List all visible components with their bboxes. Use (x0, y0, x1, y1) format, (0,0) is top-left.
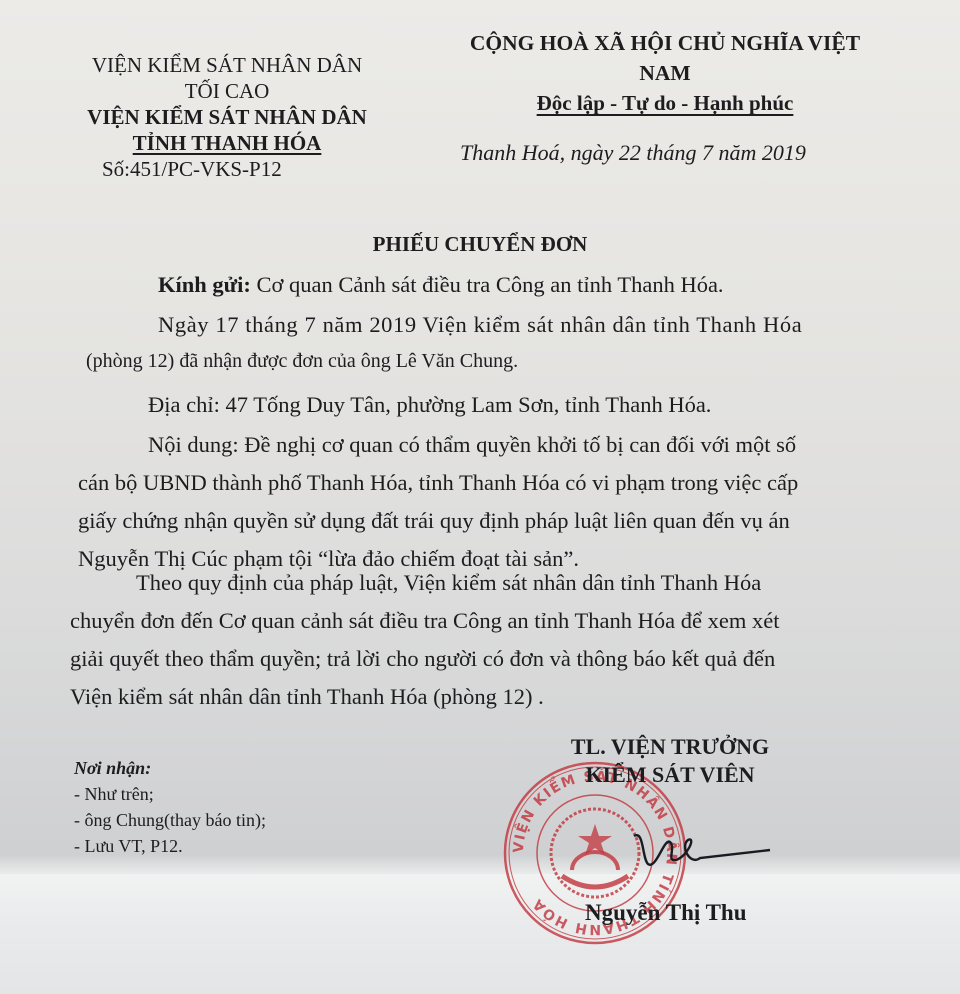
recipient-item: - Lưu VT, P12. (74, 836, 183, 857)
recipient-line: Kính gửi: Cơ quan Cảnh sát điều tra Công… (158, 272, 724, 298)
closing-line: Theo quy định của pháp luật, Viện kiểm s… (136, 570, 761, 596)
closing-line: chuyển đơn đến Cơ quan cảnh sát điều tra… (70, 608, 779, 634)
content-line: giấy chứng nhận quyền sử dụng đất trái q… (78, 508, 790, 534)
content-line: cán bộ UBND thành phố Thanh Hóa, tỉnh Th… (78, 470, 798, 496)
content-line: Nội dung: Đề nghị cơ quan có thẩm quyền … (148, 432, 796, 458)
recipients-label: Nơi nhận: (74, 758, 151, 779)
agency-line-1: VIỆN KIỂM SÁT NHÂN DÂN (72, 52, 382, 78)
recipient-item: - Như trên; (74, 784, 154, 805)
agency-line-3: VIỆN KIỂM SÁT NHÂN DÂN (72, 104, 382, 130)
signatory-role: KIỂM SÁT VIÊN (520, 762, 820, 788)
para1-line1: Ngày 17 tháng 7 năm 2019 Viện kiểm sát n… (158, 312, 802, 338)
closing-line: Viện kiểm sát nhân dân tỉnh Thanh Hóa (p… (70, 684, 544, 710)
document-title: PHIẾU CHUYỂN ĐƠN (0, 232, 960, 257)
signature-scribble-icon (630, 828, 780, 878)
signatory-title: TL. VIỆN TRƯỞNG (520, 734, 820, 760)
document-date: Thanh Hoá, ngày 22 tháng 7 năm 2019 (460, 140, 806, 166)
document-number: Số:451/PC-VKS-P12 (72, 156, 382, 182)
agency-line-2: TỐI CAO (72, 78, 382, 104)
closing-line: giải quyết theo thẩm quyền; trả lời cho … (70, 646, 775, 672)
recipient-label: Kính gửi: (158, 272, 251, 297)
para1-line2: (phòng 12) đã nhận được đơn của ông Lê V… (86, 350, 518, 373)
agency-line-4: TỈNH THANH HÓA (72, 130, 382, 156)
paper-fold (0, 874, 960, 994)
nation-name: CỘNG HOÀ XÃ HỘI CHỦ NGHĨA VIỆT NAM (455, 28, 875, 88)
national-header: CỘNG HOÀ XÃ HỘI CHỦ NGHĨA VIỆT NAM Độc l… (455, 28, 875, 118)
recipient-name: Cơ quan Cảnh sát điều tra Công an tỉnh T… (257, 272, 724, 297)
content-line: Nguyễn Thị Cúc phạm tội “lừa đảo chiếm đ… (78, 546, 579, 572)
recipient-item: - ông Chung(thay báo tin); (74, 810, 266, 831)
address-line: Địa chỉ: 47 Tống Duy Tân, phường Lam Sơn… (148, 392, 711, 418)
national-motto: Độc lập - Tự do - Hạnh phúc (455, 88, 875, 118)
issuing-agency: VIỆN KIỂM SÁT NHÂN DÂN TỐI CAO VIỆN KIỂM… (72, 52, 382, 182)
signatory-name: Nguyễn Thị Thu (585, 900, 747, 926)
